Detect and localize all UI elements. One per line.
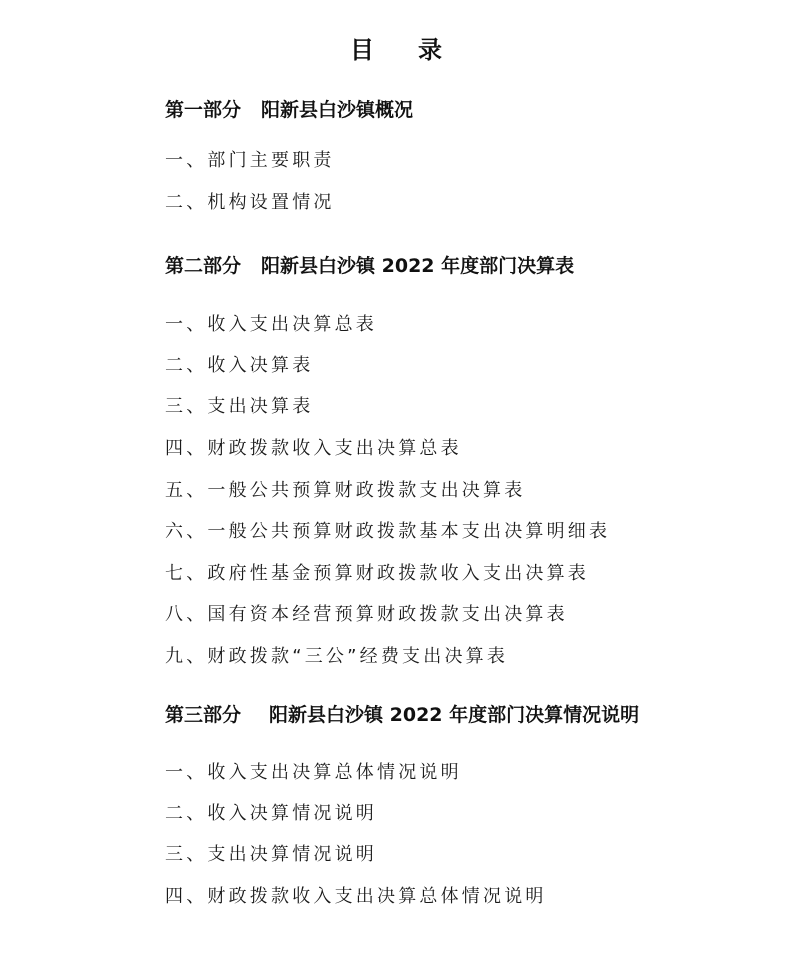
toc-item[interactable]: 九、财政拨款“三公”经费支出决算表 [165,642,508,668]
part-label: 第二部分 [165,251,241,278]
part-heading-text: 阳新县白沙镇 2022 年度部门决算情况说明 [269,704,639,726]
toc-item[interactable]: 一、部门主要职责 [165,146,335,172]
part-label: 第三部分 [165,700,241,727]
toc-item[interactable]: 五、一般公共预算财政拨款支出决算表 [165,476,525,502]
toc-item[interactable]: 七、政府性基金预算财政拨款收入支出决算表 [165,559,589,585]
toc-item[interactable]: 三、支出决算情况说明 [165,840,377,866]
toc-item[interactable]: 四、财政拨款收入支出决算总体情况说明 [165,882,547,908]
part-2-heading[interactable]: 第二部分阳新县白沙镇 2022 年度部门决算表 [165,251,574,278]
toc-title-char-2: 录 [418,30,442,65]
part-label: 第一部分 [165,95,241,122]
toc-item[interactable]: 六、一般公共预算财政拨款基本支出决算明细表 [165,517,610,543]
part-heading-text: 阳新县白沙镇 2022 年度部门决算表 [261,255,574,277]
part-3-heading[interactable]: 第三部分阳新县白沙镇 2022 年度部门决算情况说明 [165,700,639,727]
toc-item[interactable]: 一、收入支出决算总表 [165,310,377,336]
part-heading-text: 阳新县白沙镇概况 [261,99,413,121]
toc-item[interactable]: 二、机构设置情况 [165,188,335,214]
toc-item[interactable]: 三、支出决算表 [165,392,313,418]
toc-item[interactable]: 八、国有资本经营预算财政拨款支出决算表 [165,600,568,626]
toc-title-char-1: 目 [350,30,374,65]
toc-title: 目录 [0,30,792,65]
toc-item[interactable]: 四、财政拨款收入支出决算总表 [165,434,462,460]
toc-item[interactable]: 二、收入决算表 [165,351,313,377]
toc-item[interactable]: 一、收入支出决算总体情况说明 [165,758,462,784]
part-1-heading[interactable]: 第一部分阳新县白沙镇概况 [165,95,413,122]
toc-item[interactable]: 二、收入决算情况说明 [165,799,377,825]
